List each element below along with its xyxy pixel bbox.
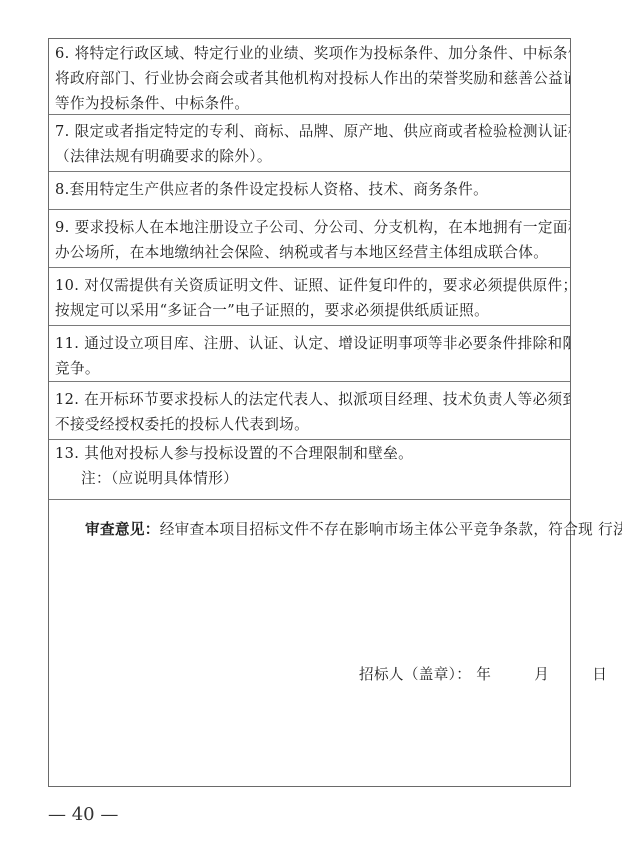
row-text-line: 8.套用特定生产供应者的条件设定投标人资格、技术、商务条件。 xyxy=(55,177,564,202)
review-opinion-line-2: 行法律、法规等公平竞争审查规定。 xyxy=(598,521,622,538)
row-text-line: （法律法规有明确要求的除外）。 xyxy=(55,144,564,169)
row-text-line: 按规定可以采用“多证合一”电子证照的，要求必须提供纸质证照。 xyxy=(55,298,564,323)
table-row-item-8: 8.套用特定生产供应者的条件设定投标人资格、技术、商务条件。 xyxy=(49,172,570,210)
review-opinion-line-1: 审查意见：经审查本项目招标文件不存在影响市场主体公平竞争条款，符合现 xyxy=(55,521,593,538)
row-text-line: 11. 通过设立项目库、注册、认证、认定、增设证明事项等非必要条件排除和限制 xyxy=(55,331,564,356)
review-opinion-label: 审查意见： xyxy=(85,521,160,538)
row-text-line: 9. 要求投标人在本地注册设立子公司、分公司、分支机构，在本地拥有一定面积的 xyxy=(55,215,564,240)
page-number: — 40 — xyxy=(48,804,118,825)
row-text-line: 13. 其他对投标人参与投标设置的不合理限制和壁垒。 xyxy=(55,441,564,466)
signature-date: 年月日 xyxy=(476,666,607,683)
row-text-line: 12. 在开标环节要求投标人的法定代表人、拟派项目经理、技术负责人等必须到场， xyxy=(55,387,564,412)
row-text-line: 办公场所，在本地缴纳社会保险、纳税或者与本地区经营主体组成联合体。 xyxy=(55,240,564,265)
table-row-item-6: 6. 将特定行政区域、特定行业的业绩、奖项作为投标条件、加分条件、中标条件； 将… xyxy=(49,39,570,115)
date-year-label: 年 xyxy=(476,662,534,687)
review-opinion-section: 审查意见：经审查本项目招标文件不存在影响市场主体公平竞争条款，符合现 行法律、法… xyxy=(49,500,570,786)
review-opinion-text: 经审查本项目招标文件不存在影响市场主体公平竞争条款，符合现 xyxy=(160,521,593,538)
row-text-line: 不接受经授权委托的投标人代表到场。 xyxy=(55,412,564,437)
row-text-line: 竞争。 xyxy=(55,356,564,381)
table-row-item-10: 10. 对仅需提供有关资质证明文件、证照、证件复印件的，要求必须提供原件；对 按… xyxy=(49,268,570,326)
row-text-line: 等作为投标条件、中标条件。 xyxy=(55,91,564,115)
date-month-label: 月 xyxy=(534,662,592,687)
row-text-line: 将政府部门、行业协会商会或者其他机构对投标人作出的荣誉奖励和慈善公益证明 xyxy=(55,66,564,91)
tenderer-seal-label: 招标人（盖章）： xyxy=(359,666,471,683)
table-row-item-11: 11. 通过设立项目库、注册、认证、认定、增设证明事项等非必要条件排除和限制 竞… xyxy=(49,326,570,382)
row-text-line: 7. 限定或者指定特定的专利、商标、品牌、原产地、供应商或者检验检测认证机构 xyxy=(55,119,564,144)
review-checklist-table: 6. 将特定行政区域、特定行业的业绩、奖项作为投标条件、加分条件、中标条件； 将… xyxy=(48,38,571,787)
table-row-item-13: 13. 其他对投标人参与投标设置的不合理限制和壁垒。 注：（应说明具体情形） xyxy=(49,440,570,500)
table-row-item-9: 9. 要求投标人在本地注册设立子公司、分公司、分支机构，在本地拥有一定面积的 办… xyxy=(49,210,570,268)
row-text-line: 6. 将特定行政区域、特定行业的业绩、奖项作为投标条件、加分条件、中标条件； xyxy=(55,41,564,66)
row-note: 注：（应说明具体情形） xyxy=(55,466,564,491)
signature-block: 招标人（盖章）： 年月日 xyxy=(359,662,607,687)
date-day-label: 日 xyxy=(592,662,607,687)
row-text-line: 10. 对仅需提供有关资质证明文件、证照、证件复印件的，要求必须提供原件；对 xyxy=(55,273,564,298)
table-row-item-12: 12. 在开标环节要求投标人的法定代表人、拟派项目经理、技术负责人等必须到场， … xyxy=(49,382,570,440)
table-row-item-7: 7. 限定或者指定特定的专利、商标、品牌、原产地、供应商或者检验检测认证机构 （… xyxy=(49,115,570,172)
